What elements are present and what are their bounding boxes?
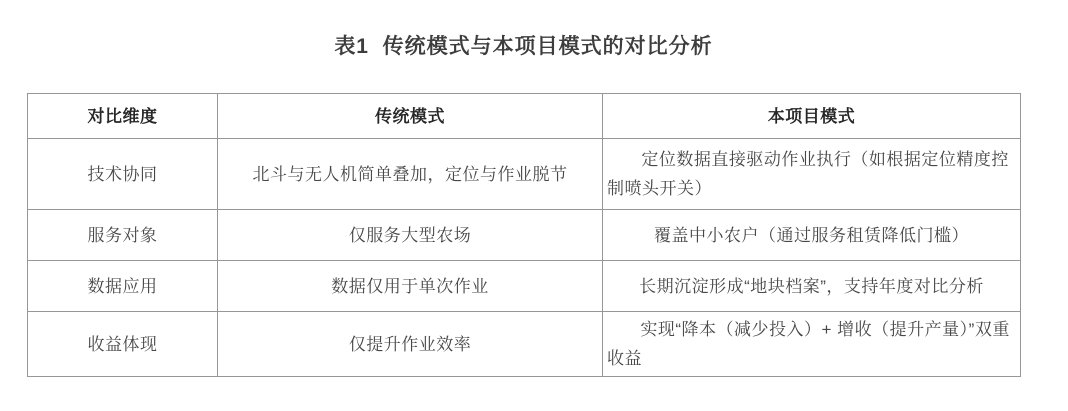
header-cell-project: 本项目模式	[603, 94, 1021, 139]
table-title: 表1 传统模式与本项目模式的对比分析	[0, 30, 1047, 60]
cell-dimension: 收益体现	[28, 312, 218, 377]
cell-traditional: 仅服务大型农场	[218, 210, 603, 261]
header-cell-dimension: 对比维度	[28, 94, 218, 139]
cell-dimension: 服务对象	[28, 210, 218, 261]
cell-traditional: 北斗与无人机简单叠加，定位与作业脱节	[218, 139, 603, 210]
table-row-data-application: 数据应用 数据仅用于单次作业 长期沉淀形成“地块档案”，支持年度对比分析	[28, 261, 1021, 312]
header-cell-traditional: 传统模式	[218, 94, 603, 139]
cell-project: 长期沉淀形成“地块档案”，支持年度对比分析	[603, 261, 1021, 312]
cell-project: 定位数据直接驱动作业执行（如根据定位精度控制喷头开关）	[603, 139, 1021, 210]
header-row: 对比维度 传统模式 本项目模式	[28, 94, 1021, 139]
document-page: 表1 传统模式与本项目模式的对比分析 对比维度 传统模式 本项目模式 技术协同 …	[0, 0, 1068, 411]
table-row-benefit: 收益体现 仅提升作业效率 实现“降本（减少投入）+ 增收（提升产量）”双重收益	[28, 312, 1021, 377]
cell-dimension: 数据应用	[28, 261, 218, 312]
cell-dimension: 技术协同	[28, 139, 218, 210]
comparison-table: 对比维度 传统模式 本项目模式 技术协同 北斗与无人机简单叠加，定位与作业脱节 …	[27, 93, 1021, 377]
cell-project: 实现“降本（减少投入）+ 增收（提升产量）”双重收益	[603, 312, 1021, 377]
cell-traditional: 仅提升作业效率	[218, 312, 603, 377]
table-row-service-target: 服务对象 仅服务大型农场 覆盖中小农户（通过服务租赁降低门槛）	[28, 210, 1021, 261]
cell-project: 覆盖中小农户（通过服务租赁降低门槛）	[603, 210, 1021, 261]
cell-traditional: 数据仅用于单次作业	[218, 261, 603, 312]
table-row-tech-synergy: 技术协同 北斗与无人机简单叠加，定位与作业脱节 定位数据直接驱动作业执行（如根据…	[28, 139, 1021, 210]
